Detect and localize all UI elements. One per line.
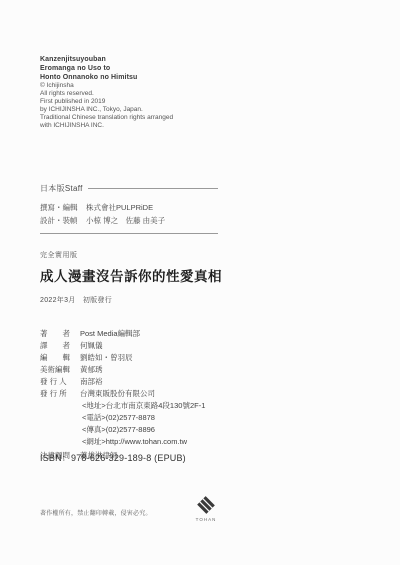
credit-name: 劉皓如・曾羽辰: [80, 352, 133, 364]
credit-row: 譯 者 何姵儀: [40, 340, 205, 352]
publisher-phone: <電話>(02)2577-8878: [82, 412, 205, 424]
copyright-line: © Ichijinsha: [40, 82, 173, 90]
credit-row: 發 行 人 南部裕: [40, 376, 205, 388]
publisher-address: <地址>台北市南京東路4段130號2F-1: [82, 400, 205, 412]
heading-rule: [88, 188, 218, 189]
credit-role-label: 發 行 人: [40, 376, 80, 388]
colophon-page: Kanzenjitsuyouban Eromanga no Uso to Hon…: [0, 0, 400, 565]
tohan-logo-text: TOHAN: [192, 517, 220, 522]
credit-role-label: 編 輯: [40, 352, 80, 364]
japan-staff-heading-row: 日本版Staff: [40, 183, 218, 194]
credit-role-label: 譯 者: [40, 340, 80, 352]
section-divider-rule: [40, 233, 218, 234]
copyright-line: All rights reserved.: [40, 90, 173, 98]
credit-role-label: 美術編輯: [40, 364, 80, 376]
publisher-logo: TOHAN: [192, 494, 220, 522]
copyright-line: Traditional Chinese translation rights a…: [40, 114, 173, 122]
staff-row: 撰寫・編輯 株式會社PULPRiDE: [40, 201, 218, 214]
copyright-line: with ICHIJINSHA INC.: [40, 122, 173, 130]
publisher-website: <網址>http://www.tohan.com.tw: [82, 436, 205, 448]
credit-name: 何姵儀: [80, 340, 103, 352]
romanized-title-line: Kanzenjitsuyouban: [40, 55, 173, 64]
edition-label: 完全實用版: [40, 250, 222, 260]
tohan-diamond-logo-icon: [195, 494, 217, 516]
copyright-notice: 著作權所有，禁止翻印轉載，侵害必究。: [40, 508, 152, 517]
credit-name: 黃郁琇: [80, 364, 103, 376]
publisher-fax: <傳真>(02)2577-8896: [82, 424, 205, 436]
staff-name: 株式會社PULPRiDE: [86, 201, 153, 214]
credit-row: 著 者 Post Media編輯部: [40, 328, 205, 340]
japan-staff-section: 日本版Staff 撰寫・編輯 株式會社PULPRiDE 設計・裝幀 小椋 博之 …: [40, 183, 218, 234]
staff-role-label: 設計・裝幀: [40, 214, 86, 227]
credit-row: 編 輯 劉皓如・曾羽辰: [40, 352, 205, 364]
staff-role-label: 撰寫・編輯: [40, 201, 86, 214]
romanized-title-line: Eromanga no Uso to: [40, 64, 173, 73]
isbn: ISBN：978-626-329-189-8 (EPUB): [40, 451, 186, 464]
publication-credits: 著 者 Post Media編輯部 譯 者 何姵儀 編 輯 劉皓如・曾羽辰 美術…: [40, 328, 205, 462]
copyright-line: by ICHIJINSHA INC., Tokyo, Japan.: [40, 106, 173, 114]
credit-row: 美術編輯 黃郁琇: [40, 364, 205, 376]
credit-name: Post Media編輯部: [80, 328, 140, 340]
book-title: 成人漫畫沒告訴你的性愛真相: [40, 265, 222, 285]
staff-name: 小椋 博之 佐藤 由美子: [86, 214, 165, 227]
title-block: 完全實用版 成人漫畫沒告訴你的性愛真相 2022年3月 初版發行: [40, 250, 222, 305]
japan-staff-heading: 日本版Staff: [40, 183, 83, 194]
credit-role-label: 發 行 所: [40, 388, 80, 400]
edition-date: 2022年3月 初版發行: [40, 295, 222, 305]
copyright-line: First published in 2019: [40, 98, 173, 106]
english-rights-block: Kanzenjitsuyouban Eromanga no Uso to Hon…: [40, 55, 173, 130]
credit-row: 發 行 所 台灣東販股份有限公司: [40, 388, 205, 400]
credit-role-label: 著 者: [40, 328, 80, 340]
romanized-title-line: Honto Onnanoko no Himitsu: [40, 73, 173, 82]
credit-name: 南部裕: [80, 376, 103, 388]
credit-name: 台灣東販股份有限公司: [80, 388, 155, 400]
staff-row: 設計・裝幀 小椋 博之 佐藤 由美子: [40, 214, 218, 227]
